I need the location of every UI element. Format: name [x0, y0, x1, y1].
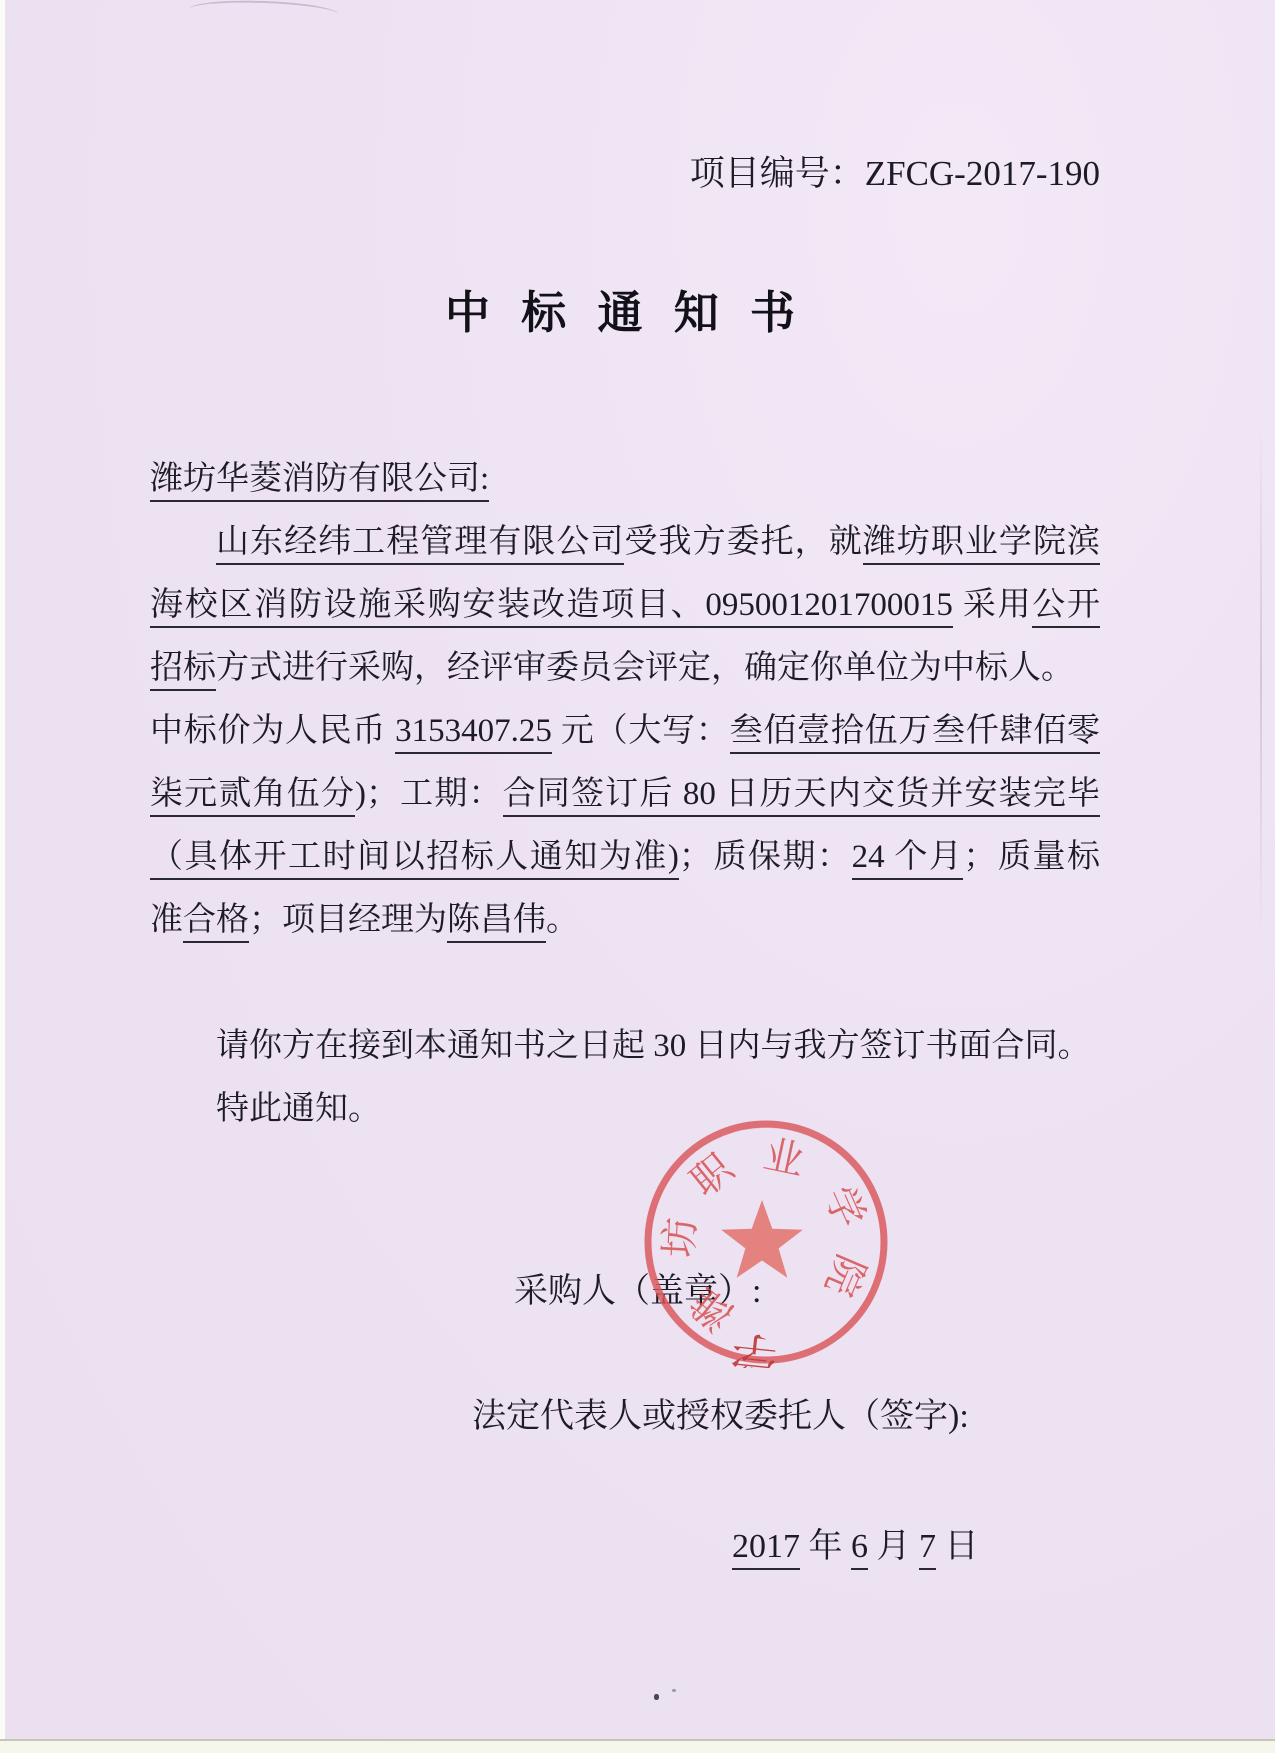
project-number-label: 项目编号：	[690, 154, 865, 193]
scanner-edge-left	[0, 0, 5, 1741]
body-line: 招标方式进行采购，经评审委员会评定，确定你单位为中标人。	[150, 637, 1100, 700]
plain-text: 请你方在接到本通知书之日起 30 日内与我方签订书面合同。	[216, 1028, 1091, 1064]
plain-text: ；质保期：	[679, 839, 852, 875]
body-line: 海校区消防设施采购安装改造项目、095001201700015 采用公开	[150, 574, 1100, 637]
plain-text: )；工期：	[355, 776, 503, 812]
underlined-text: 6	[851, 1528, 868, 1570]
plain-text: 方式进行采购，经评审委员会评定，确定你单位为中标人。	[216, 650, 1074, 686]
body-line	[150, 952, 1100, 1015]
underlined-text: 2017	[732, 1528, 800, 1570]
plain-text: 年	[800, 1528, 851, 1565]
scanner-edge-bottom	[0, 1739, 1275, 1753]
underlined-text: 招标	[150, 650, 216, 691]
underlined-text: 合同签订后 80 日历天内交货并安装完毕	[503, 776, 1100, 817]
plain-text: ；质量标	[963, 839, 1100, 875]
underlined-text: 潍坊职业学院滨	[863, 524, 1100, 565]
underlined-text: 合格	[183, 902, 249, 943]
body-line: 山东经纬工程管理有限公司受我方委托，就潍坊职业学院滨	[150, 511, 1100, 574]
underlined-text: 叁佰壹拾伍万叁仟肆佰零	[730, 713, 1100, 754]
plain-text: 特此通知。	[216, 1091, 381, 1127]
scan-artifact-dot	[654, 1694, 659, 1700]
body-line: 中标价为人民币 3153407.25 元（大写：叁佰壹拾伍万叁仟肆佰零	[150, 700, 1100, 763]
underlined-text: 3153407.25	[395, 713, 552, 754]
underlined-text: 潍坊华菱消防有限公司:	[150, 461, 489, 502]
underlined-text: 海校区消防设施采购安装改造项目、095001201700015	[150, 587, 953, 628]
plain-text: 日	[936, 1528, 979, 1565]
project-number-value: ZFCG-2017-190	[865, 154, 1100, 193]
seal-star-icon	[721, 1200, 803, 1278]
seal-character: 院	[817, 1248, 874, 1302]
plain-text: ；项目经理为	[249, 902, 447, 938]
underlined-text: 7	[919, 1528, 936, 1570]
body-line: （具体开工时间以招标人通知为准)；质保期：24 个月；质量标	[150, 826, 1100, 889]
document-title: 中 标 通 知 书	[150, 276, 1100, 341]
plain-text: 。	[546, 902, 579, 938]
underlined-text: （具体开工时间以招标人通知为准)	[150, 839, 679, 880]
scan-artifact-dot-small	[672, 1689, 676, 1692]
scan-artifact-squiggle	[189, 0, 339, 15]
underlined-text: 公开	[1032, 587, 1100, 628]
plain-text: 受我方委托，就	[624, 524, 862, 560]
official-seal-stamp: 潍坊职业学院学	[640, 1116, 892, 1368]
plain-text: 准	[150, 902, 183, 938]
seal-character: 业	[760, 1132, 808, 1184]
project-number-line: 项目编号：ZFCG-2017-190	[150, 146, 1100, 196]
body-text: 潍坊华菱消防有限公司:山东经纬工程管理有限公司受我方委托，就潍坊职业学院滨海校区…	[150, 448, 1100, 1141]
legal-representative-line: 法定代表人或授权委托人（签字):	[472, 1388, 969, 1437]
paper-crease	[1260, 420, 1262, 940]
seal-character: 坊	[657, 1216, 704, 1258]
plain-text: 元（大写：	[552, 713, 730, 749]
underlined-text: 柒元贰角伍分	[150, 776, 355, 817]
seal-overlap-character: 学	[729, 1326, 780, 1368]
underlined-text: 24 个月	[852, 839, 964, 880]
document-page: 项目编号：ZFCG-2017-190 中 标 通 知 书 潍坊华菱消防有限公司:…	[4, 0, 1275, 1740]
body-line: 请你方在接到本通知书之日起 30 日内与我方签订书面合同。	[150, 1015, 1100, 1078]
date-line: 2017 年 6 月 7 日	[732, 1518, 979, 1567]
underlined-text: 陈昌伟	[447, 902, 546, 943]
body-line: 特此通知。	[150, 1078, 1100, 1141]
underlined-text: 山东经纬工程管理有限公司	[216, 524, 624, 565]
seal-character: 学	[816, 1180, 873, 1235]
body-line: 潍坊华菱消防有限公司:	[150, 448, 1100, 511]
plain-text: 中标价为人民币	[150, 713, 395, 749]
plain-text: 月	[868, 1528, 919, 1565]
plain-text: 采用	[953, 587, 1032, 623]
body-line: 准合格；项目经理为陈昌伟。	[150, 889, 1100, 952]
body-line: 柒元贰角伍分)；工期：合同签订后 80 日历天内交货并安装完毕	[150, 763, 1100, 826]
